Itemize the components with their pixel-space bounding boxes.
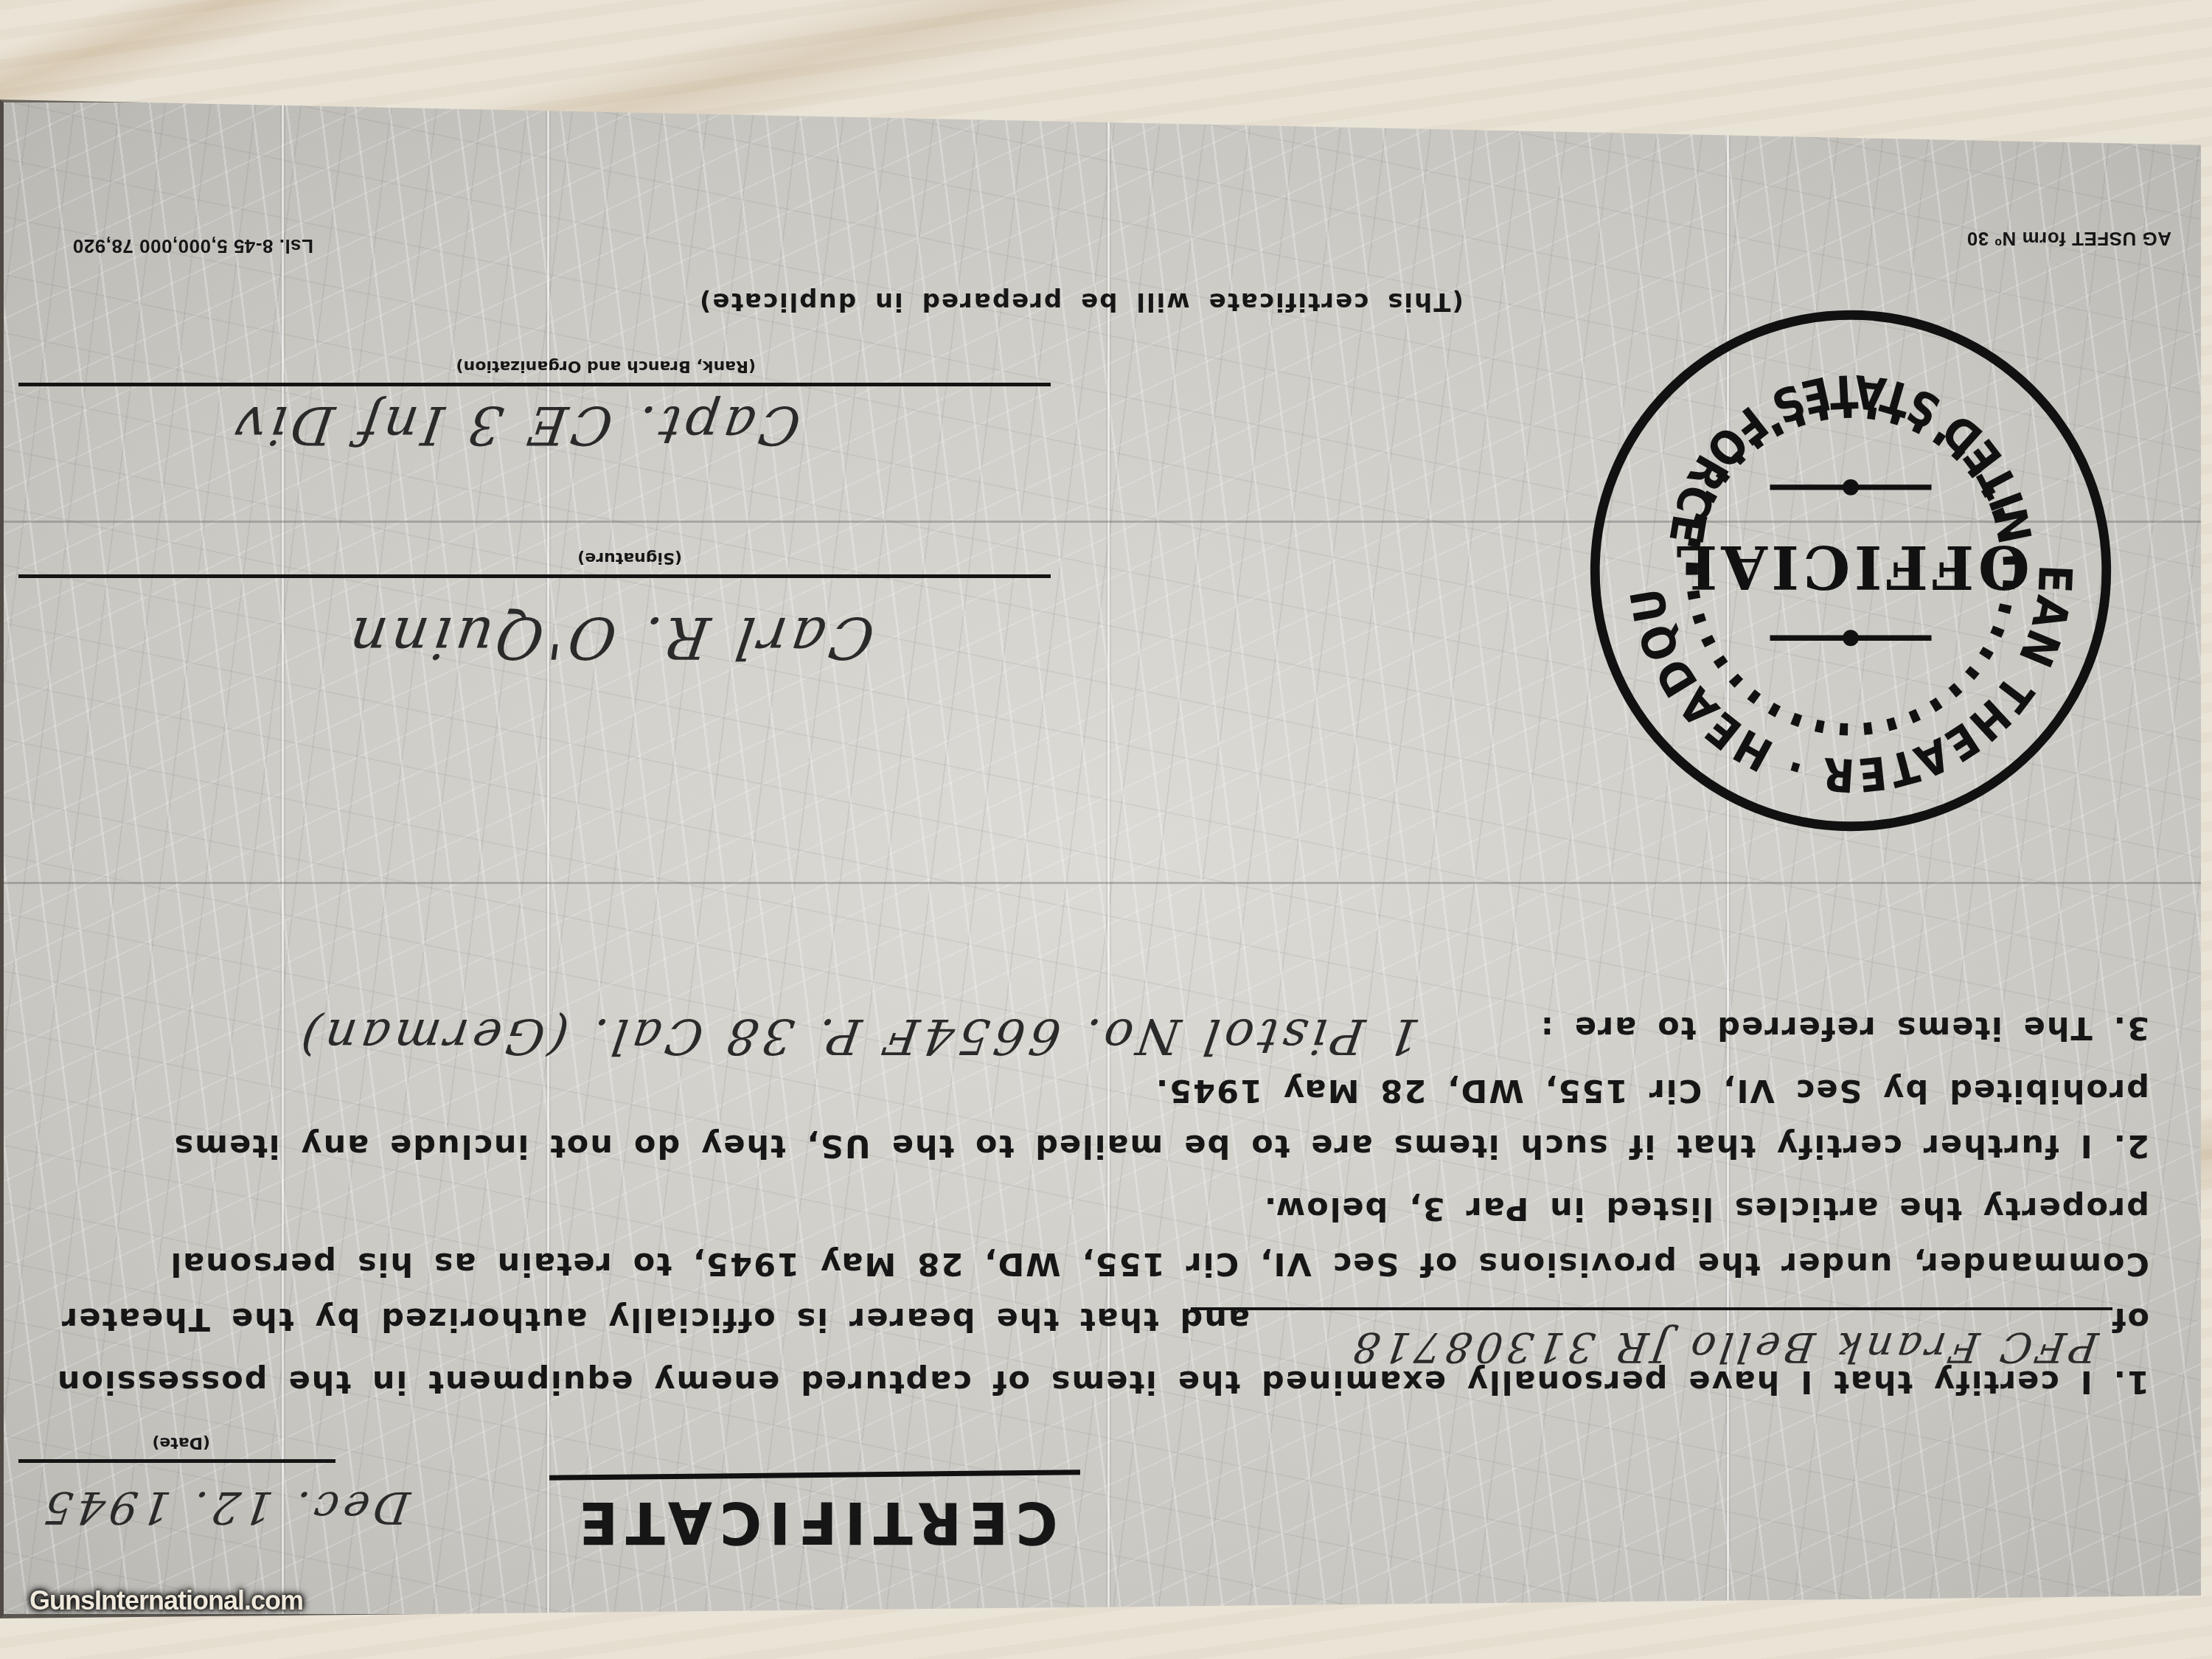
rank-caption: (Rank, Branch and Organization) [456, 357, 756, 375]
site-watermark: GunsInternational.com [22, 1585, 310, 1616]
footer-note: (This certificate will be prepared in du… [698, 287, 1464, 316]
paragraph-2-line-1: 2. I further certify that if such items … [173, 1127, 2149, 1164]
print-code: Lsl. 8-45 5,000,000 78,920 [72, 234, 313, 257]
paragraph-1-line-2-suffix: and that the bearer is officially author… [60, 1301, 1250, 1338]
paragraph-1-line-4: property the articles listed in Par 3, b… [1263, 1190, 2149, 1227]
date-caption: (Date) [152, 1433, 210, 1452]
signature-line [18, 574, 1051, 578]
stamp-text-top: EUROPEAN THEATER · HEADQUARTERS [1620, 564, 2120, 840]
certificate-document: CERTIFICATE Dec. 12. 1945 (Date) 1. I ce… [0, 100, 2201, 1618]
rank-handwritten: Capt. CE 3 Inf Div [226, 394, 804, 456]
signature-caption: (Signature) [577, 549, 682, 567]
official-stamp: EUROPEAN THEATER · HEADQUARTERS UNITED S… [1582, 302, 2120, 840]
date-handwritten: Dec. 12. 1945 [37, 1481, 413, 1533]
paragraph-2-line-2: prohibited by Sec VI, Cir 155, WD, 28 Ma… [1155, 1072, 2149, 1109]
certificate-content: CERTIFICATE Dec. 12. 1945 (Date) 1. I ce… [4, 102, 2201, 1614]
form-id: AG USFET form Nº 30 [1966, 227, 2171, 250]
svg-text:EUROPEAN THEATER · HEADQUARTER: EUROPEAN THEATER · HEADQUARTERS [1620, 564, 2120, 840]
signature-handwritten: Carl R. O'Quinn [341, 604, 878, 670]
items-handwritten: 1 Pistol No. 6654F P. 38 Cal. (German) [293, 1008, 1424, 1065]
paragraph-3-prefix: 3. The items referred to are : [1540, 1009, 2149, 1046]
bearer-line [1191, 1307, 2112, 1310]
certificate-title: CERTIFICATE [549, 1489, 1080, 1555]
paragraph-1-line-3: Commander, under the provisions of Sec V… [169, 1245, 2149, 1282]
title-underline [549, 1470, 1080, 1481]
paragraph-1-line-2-prefix: of [2111, 1301, 2149, 1338]
bearer-name-handwritten: PFC Frank Bello JR 31308718 [1346, 1323, 2101, 1371]
rank-line [18, 383, 1051, 386]
stamp-seal-icon: EUROPEAN THEATER · HEADQUARTERS UNITED S… [1582, 302, 2120, 840]
date-line [18, 1459, 335, 1463]
stamp-center-text: OFFICIAL [1672, 532, 2030, 602]
